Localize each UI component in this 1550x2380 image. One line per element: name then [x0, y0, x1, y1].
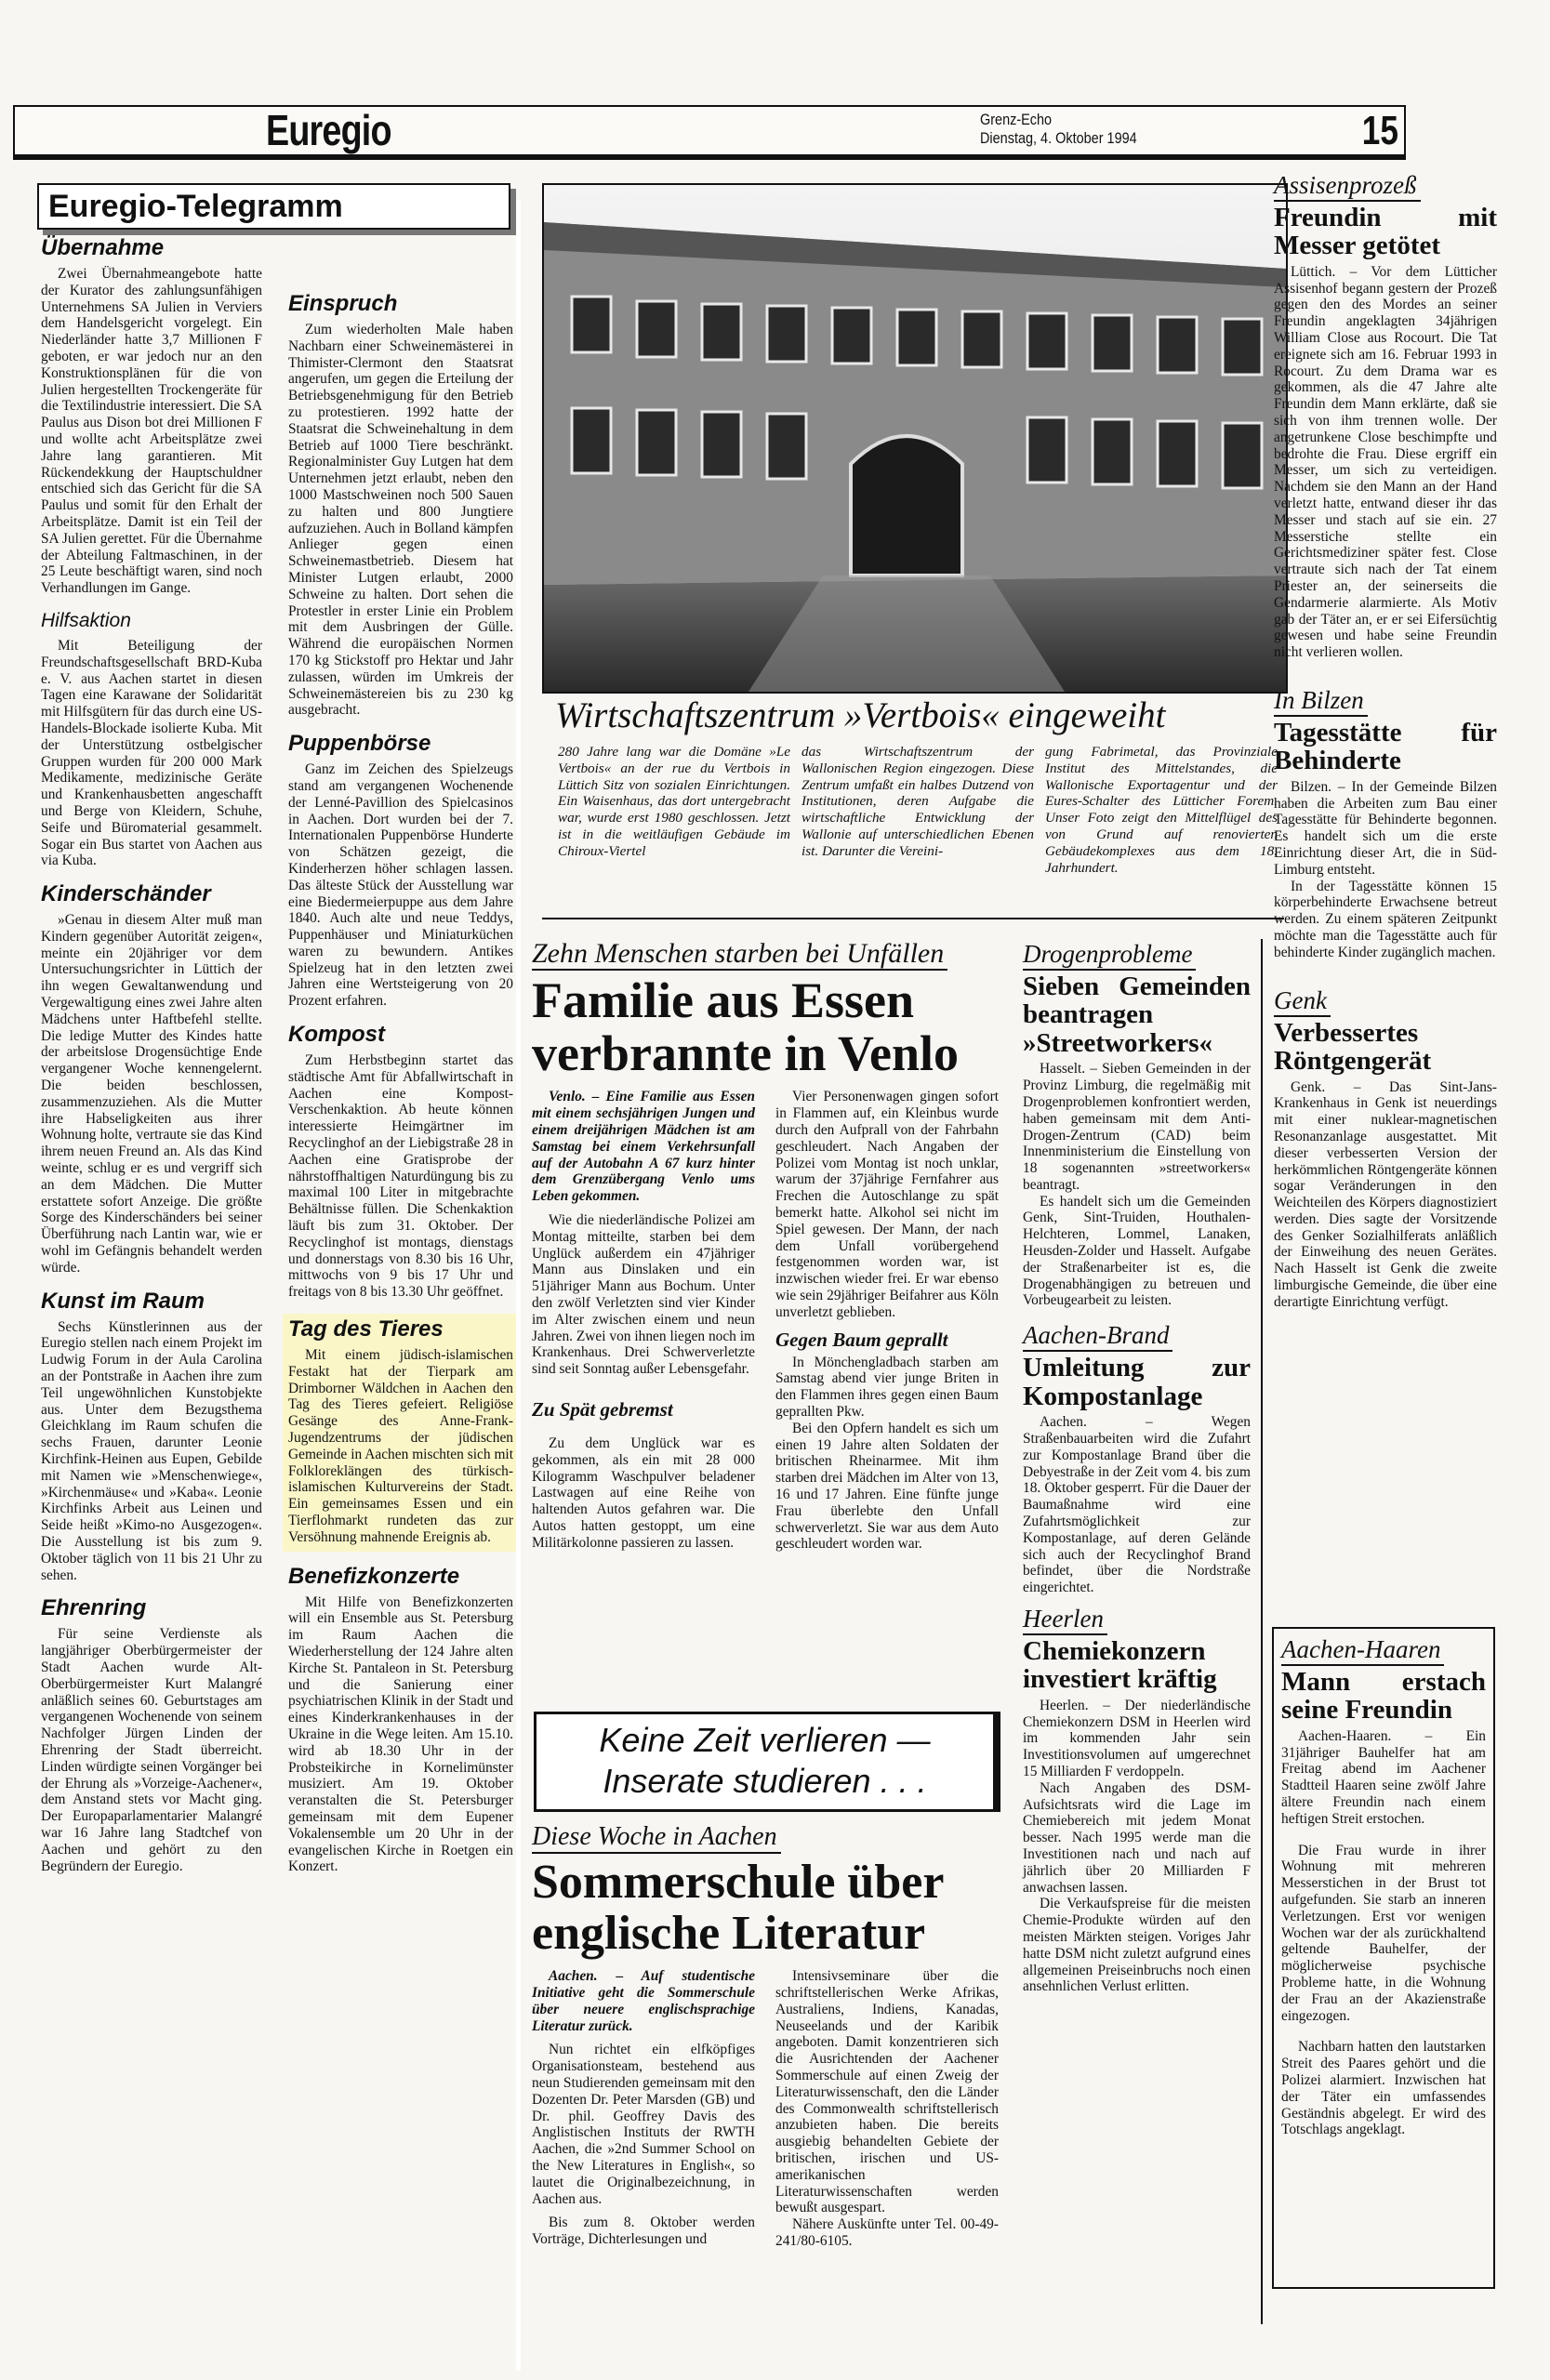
article-col: Aachen. – Auf studentische Initiative ge…: [532, 1968, 755, 2250]
article-topic: Aachen-Brand: [1023, 1320, 1172, 1352]
telegram-text: Mit einem jüdisch-islamischen Festakt ha…: [288, 1347, 513, 1546]
column-rule: [1261, 939, 1263, 2324]
article-paragraph: Lüttich. – Vor dem Lütticher Assisenhof …: [1274, 264, 1497, 661]
building-photo: [542, 183, 1288, 694]
page-number: 15: [1362, 107, 1398, 154]
article-sommerschule: Diese Woche in Aachen Sommerschule über …: [532, 1822, 1006, 2250]
telegram-text: Zwei Übernahmeangebote hatte der Kurator…: [41, 266, 262, 597]
article-paragraph: Nachbarn hatten den lautstarken Streit d…: [1281, 2039, 1486, 2138]
article-topic: Heerlen: [1023, 1604, 1107, 1635]
masthead: Euregio Grenz-Echo Dienstag, 4. Oktober …: [13, 105, 1406, 160]
telegram-heading: Einspruch: [288, 292, 513, 316]
telegram-heading: Kompost: [288, 1023, 513, 1047]
article-paragraph: Nach Angaben des DSM-Aufsichtsrats wird …: [1023, 1780, 1251, 1897]
photo-image: [544, 185, 1286, 692]
article-subhead: Zu Spät gebremst: [532, 1398, 755, 1421]
telegram-heading: Tag des Tieres: [288, 1317, 513, 1342]
article-headline: Familie aus Essen verbrannte in Venlo: [532, 974, 1006, 1079]
article-topic: Genk: [1274, 985, 1331, 1017]
article-headline: Mann erstach seine Freundin: [1281, 1668, 1486, 1725]
telegram-heading: Kunst im Raum: [41, 1289, 262, 1314]
ad-box: Keine Zeit verlieren — Inserate studiere…: [534, 1712, 1000, 1812]
article-headline: Tagesstätte für Behinderte: [1274, 719, 1497, 775]
article-paragraph: Intensivseminare über die schriftsteller…: [775, 1968, 999, 2216]
article-headline: Chemiekonzern investiert kräftig: [1023, 1637, 1251, 1694]
telegram-text: Zum Herbstbeginn startet das städtische …: [288, 1052, 513, 1301]
column-right: Assisenprozeß Freundin mit Messer getöte…: [1274, 170, 1497, 1311]
article-paragraph: Die Frau wurde in ihrer Wohnung mit mehr…: [1281, 1843, 1486, 2025]
article-subhead: Gegen Baum geprallt: [775, 1329, 999, 1351]
telegram-heading: Benefizkonzerte: [288, 1565, 513, 1589]
photo-caption-col-3: gung Fabrimetal, das Provinziale Institu…: [1045, 744, 1278, 876]
telegram-text: Ganz im Zeichen des Spielzeugs stand am …: [288, 761, 513, 1010]
article-paragraph: Bei den Opfern handelt es sich um einen …: [775, 1421, 999, 1553]
column-regional: Drogenprobleme Sieben Gemeinden beantrag…: [1023, 939, 1251, 1995]
article-headline: Umleitung zur Kompostanlage: [1023, 1354, 1251, 1410]
article-topic: Aachen-Haaren: [1281, 1634, 1444, 1666]
telegram-heading: Ehrenring: [41, 1596, 262, 1620]
article-paragraph: Es handelt sich um die Gemeinden Genk, S…: [1023, 1194, 1251, 1310]
telegram-heading: Hilfsaktion: [41, 610, 262, 632]
article-paragraph: Hasselt. – Sieben Gemeinden in der Provi…: [1023, 1061, 1251, 1193]
photo-caption-col-2: das Wirtschaftszentrum der Wallonischen …: [801, 744, 1034, 860]
telegram-column-2: Einspruch Zum wiederholten Male haben Na…: [288, 279, 513, 1875]
article-paragraph: Aachen. – Wegen Straßenbauarbeiten wird …: [1023, 1414, 1251, 1596]
telegram-text: Mit Beteiligung der Freundschaftsgesells…: [41, 638, 262, 869]
paper-name: Grenz-Echo: [980, 111, 1137, 129]
article-paragraph: Vier Personenwagen gingen sofort in Flam…: [775, 1089, 999, 1320]
article-headline: Sieben Gemeinden beantragen »Streetworke…: [1023, 972, 1251, 1057]
telegram-text: Mit Hilfe von Benefizkonzerten will ein …: [288, 1594, 513, 1876]
telegram-text: Sechs Künstlerinnen aus der Euregio stel…: [41, 1319, 262, 1584]
telegram-title-box: Euregio-Telegramm: [37, 183, 510, 230]
telegram-column-1: Übernahme Zwei Übernahmeangebote hatte d…: [41, 232, 262, 1874]
paper-info: Grenz-Echo Dienstag, 4. Oktober 1994: [980, 111, 1137, 148]
article-paragraph: Nun richtet ein elfköpfiges Organisation…: [532, 2042, 755, 2207]
article-lead: Aachen. – Auf studentische Initiative ge…: [532, 1968, 755, 2034]
telegram-text: Für seine Verdienste als langjähriger Ob…: [41, 1626, 262, 1874]
telegram-heading: Übernahme: [41, 236, 262, 260]
article-col: Venlo. – Eine Familie aus Essen mit eine…: [532, 1089, 755, 1553]
photo-caption-col-1: 280 Jahre lang war die Domäne »Le Vertbo…: [558, 744, 790, 860]
article-paragraph: Nähere Auskünfte unter Tel. 00-49-241/80…: [775, 2216, 999, 2250]
article-paragraph: Wie die niederländische Polizei am Monta…: [532, 1212, 755, 1378]
article-topic: Zehn Menschen starben bei Unfällen: [532, 939, 947, 971]
article-paragraph: Bis zum 8. Oktober werden Vorträge, Dich…: [532, 2215, 755, 2248]
article-headline: Freundin mit Messer getötet: [1274, 204, 1497, 260]
article-col: Intensivseminare über die schriftsteller…: [775, 1968, 999, 2250]
article-headline: Verbessertes Röntgengerät: [1274, 1019, 1497, 1076]
telegram-text: Zum wiederholten Male haben Nachbarn ein…: [288, 322, 513, 719]
article-paragraph: Bilzen. – In der Gemeinde Bilzen haben d…: [1274, 779, 1497, 879]
article-paragraph: In Mönchengladbach starben am Samstag ab…: [775, 1355, 999, 1421]
telegram-title: Euregio-Telegramm: [48, 189, 343, 225]
article-topic: Drogenprobleme: [1023, 939, 1196, 971]
article-paragraph: In der Tagesstätte können 15 körperbehin…: [1274, 879, 1497, 961]
article-paragraph: Zu dem Unglück war es gekommen, als ein …: [532, 1435, 755, 1552]
divider: [542, 918, 1284, 919]
telegram-heading: Puppenbörse: [288, 732, 513, 756]
telegram-heading: Kinderschänder: [41, 882, 262, 906]
article-topic: In Bilzen: [1274, 685, 1368, 717]
article-topic: Diese Woche in Aachen: [532, 1822, 781, 1854]
section-title: Euregio: [266, 107, 391, 154]
article-venlo: Zehn Menschen starben bei Unfällen Famil…: [532, 939, 1006, 1553]
telegram-text: »Genau in diesem Alter muß man Kindern g…: [41, 912, 262, 1276]
issue-date: Dienstag, 4. Oktober 1994: [980, 129, 1137, 148]
article-haaren-box: Aachen-Haaren Mann erstach seine Freundi…: [1272, 1627, 1495, 2289]
highlighted-item: Tag des Tieres Mit einem jüdisch-islamis…: [283, 1314, 519, 1552]
article-paragraph: Die Verkaufspreise für die meisten Chemi…: [1023, 1896, 1251, 1995]
article-topic: Assisenprozeß: [1274, 170, 1421, 202]
article-lead: Venlo. – Eine Familie aus Essen mit eine…: [532, 1089, 755, 1205]
article-paragraph: Aachen-Haaren. – Ein 31jähriger Bauhelfe…: [1281, 1728, 1486, 1828]
article-headline: Sommerschule über englische Literatur: [532, 1858, 1006, 1959]
article-col: Vier Personenwagen gingen sofort in Flam…: [775, 1089, 999, 1553]
ad-line-2: Inserate studieren . . .: [537, 1761, 993, 1802]
ad-line-1: Keine Zeit verlieren —: [537, 1720, 993, 1761]
photo-story-title: Wirtschaftszentrum »Vertbois« eingeweiht: [555, 695, 1280, 736]
article-paragraph: Genk. – Das Sint-Jans-Krankenhaus in Gen…: [1274, 1079, 1497, 1311]
article-paragraph: Heerlen. – Der niederländische Chemiekon…: [1023, 1698, 1251, 1780]
